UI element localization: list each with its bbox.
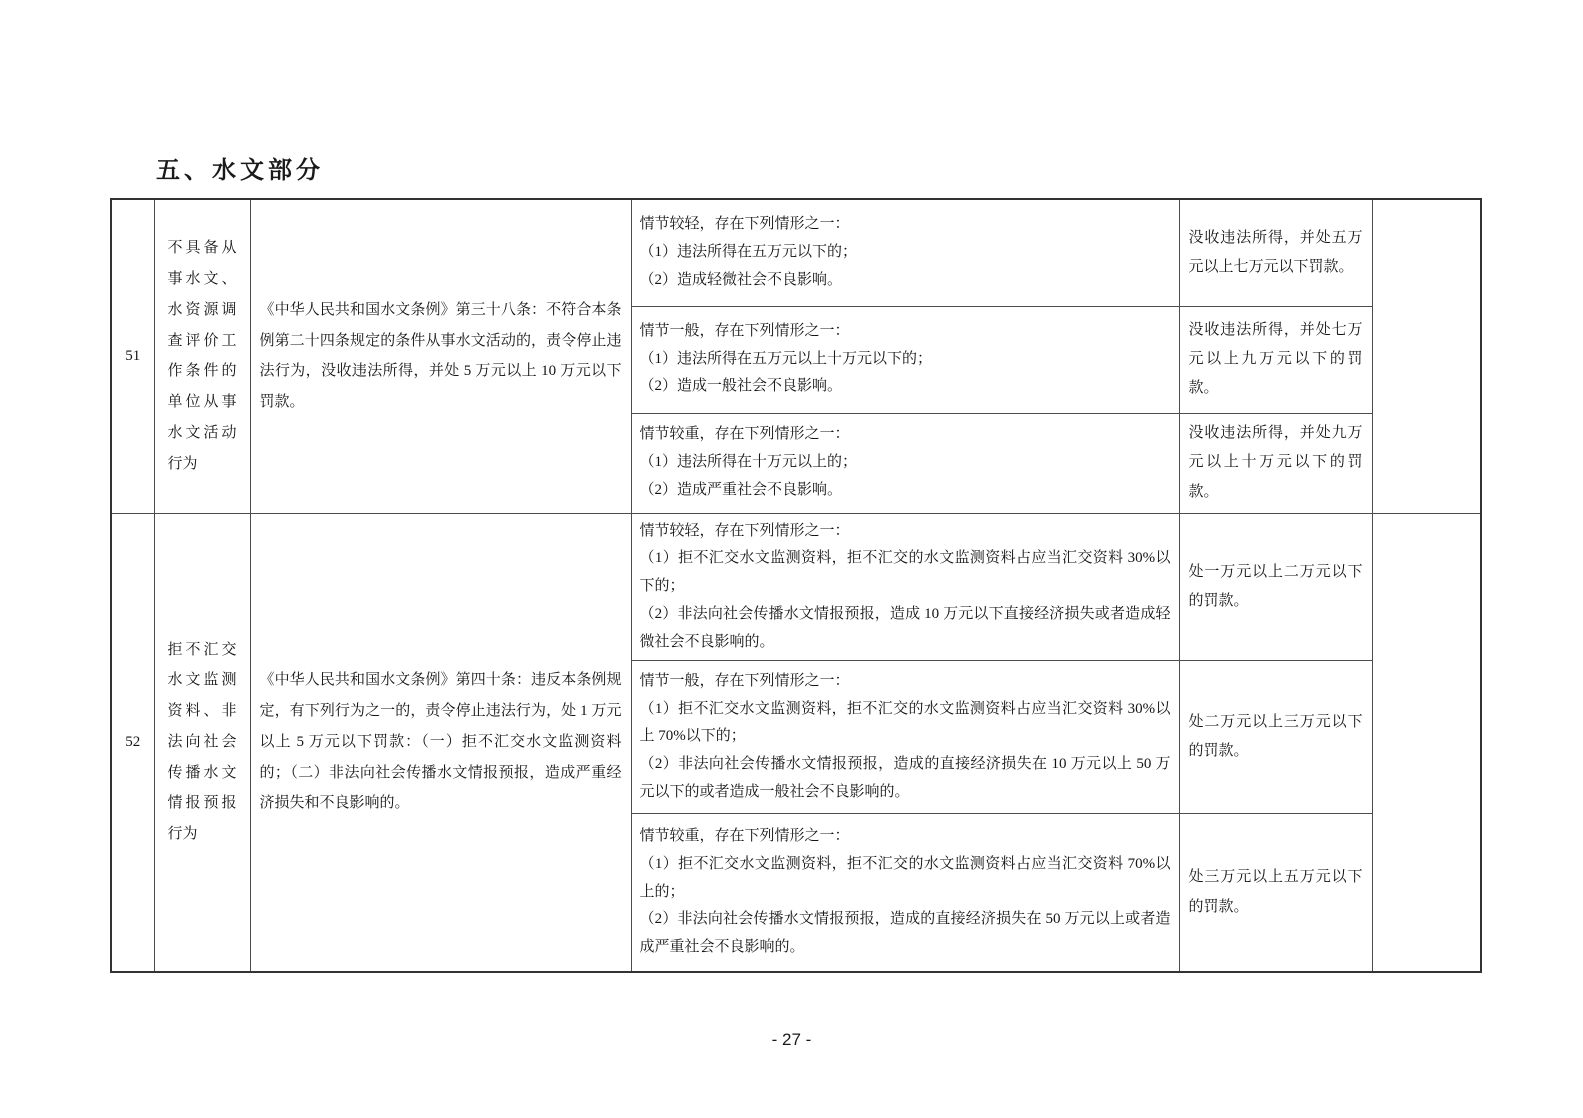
violation-behavior-51: 不具备从事水文、水资源调查评价工作条件的单位从事水文活动行为 — [154, 199, 250, 513]
legal-basis-52: 《中华人民共和国水文条例》第四十条：违反本条例规定，有下列行为之一的，责令停止违… — [250, 513, 631, 972]
table-row: 51 不具备从事水文、水资源调查评价工作条件的单位从事水文活动行为 《中华人民共… — [111, 199, 1481, 306]
legal-basis-51: 《中华人民共和国水文条例》第三十八条：不符合本条例第二十四条规定的条件从事水文活… — [250, 199, 631, 513]
penalty-52-general: 处二万元以上三万元以下的罚款。 — [1179, 661, 1372, 814]
circumstance-51-minor: 情节较轻，存在下列情形之一： （1）违法所得在五万元以下的； （2）造成轻微社会… — [631, 199, 1179, 306]
circumstance-52-general: 情节一般，存在下列情形之一： （1）拒不汇交水文监测资料，拒不汇交的水文监测资料… — [631, 661, 1179, 814]
page-number: - 27 - — [0, 1030, 1583, 1050]
row-number-51: 51 — [111, 199, 154, 513]
row-number-52: 52 — [111, 513, 154, 972]
penalty-discretion-table: 51 不具备从事水文、水资源调查评价工作条件的单位从事水文活动行为 《中华人民共… — [110, 198, 1482, 973]
violation-behavior-52: 拒不汇交水文监测资料、非法向社会传播水文情报预报行为 — [154, 513, 250, 972]
penalty-52-minor: 处一万元以上二万元以下的罚款。 — [1179, 513, 1372, 661]
circumstance-52-minor: 情节较轻，存在下列情形之一： （1）拒不汇交水文监测资料，拒不汇交的水文监测资料… — [631, 513, 1179, 661]
table-row: 52 拒不汇交水文监测资料、非法向社会传播水文情报预报行为 《中华人民共和国水文… — [111, 513, 1481, 661]
circumstance-51-general: 情节一般，存在下列情形之一： （1）违法所得在五万元以上十万元以下的； （2）造… — [631, 306, 1179, 413]
penalty-52-serious: 处三万元以上五万元以下的罚款。 — [1179, 814, 1372, 972]
penalty-51-serious: 没收违法所得，并处九万元以上十万元以下的罚款。 — [1179, 413, 1372, 513]
circumstance-52-serious: 情节较重，存在下列情形之一： （1）拒不汇交水文监测资料，拒不汇交的水文监测资料… — [631, 814, 1179, 972]
penalty-51-minor: 没收违法所得，并处五万元以上七万元以下罚款。 — [1179, 199, 1372, 306]
remark-cell-52 — [1372, 513, 1481, 972]
section-title: 五、水文部分 — [156, 150, 324, 185]
remark-cell-51 — [1372, 199, 1481, 513]
document-page: 五、水文部分 51 不具备从事水文、水资源调查评价工作条件的单位从事水文活动行为… — [0, 0, 1583, 1118]
circumstance-51-serious: 情节较重，存在下列情形之一： （1）违法所得在十万元以上的； （2）造成严重社会… — [631, 413, 1179, 513]
penalty-51-general: 没收违法所得，并处七万元以上九万元以下的罚款。 — [1179, 306, 1372, 413]
